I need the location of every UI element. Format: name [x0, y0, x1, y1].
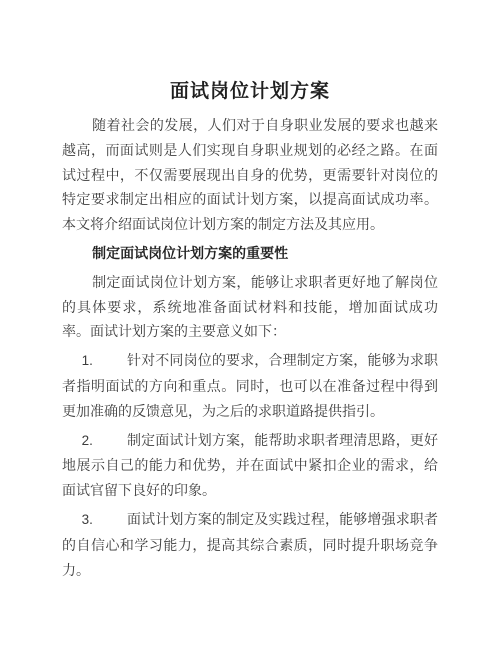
- list-item-text: 面试计划方案的制定及实践过程，能够增强求职者的自信心和学习能力，提高其综合素质，…: [62, 511, 438, 578]
- list-item-number: 1.: [82, 353, 93, 368]
- section-heading-importance: 制定面试岗位计划方案的重要性: [62, 241, 438, 266]
- document-page: 面试岗位计划方案 随着社会的发展，人们对于自身职业发展的要求也越来越高，而面试则…: [0, 0, 500, 647]
- list-item-1: 1.针对不同岗位的要求，合理制定方案，能够为求职者指明面试的方向和重点。同时，也…: [62, 348, 438, 423]
- list-item-text: 针对不同岗位的要求，合理制定方案，能够为求职者指明面试的方向和重点。同时，也可以…: [62, 352, 438, 419]
- document-title: 面试岗位计划方案: [62, 78, 438, 106]
- intro-paragraph: 随着社会的发展，人们对于自身职业发展的要求也越来越高，而面试则是人们实现自身职业…: [62, 113, 438, 237]
- list-item-text: 制定面试计划方案，能帮助求职者理清思路，更好地展示自己的能力和优势，并在面试中紧…: [62, 432, 438, 499]
- list-item-3: 3.面试计划方案的制定及实践过程，能够增强求职者的自信心和学习能力，提高其综合素…: [62, 507, 438, 582]
- importance-paragraph: 制定面试岗位计划方案，能够让求职者更好地了解岗位的具体要求，系统地准备面试材料和…: [62, 270, 438, 344]
- list-item-number: 3.: [82, 512, 93, 527]
- list-item-number: 2.: [82, 433, 93, 448]
- list-item-2: 2.制定面试计划方案，能帮助求职者理清思路，更好地展示自己的能力和优势，并在面试…: [62, 428, 438, 503]
